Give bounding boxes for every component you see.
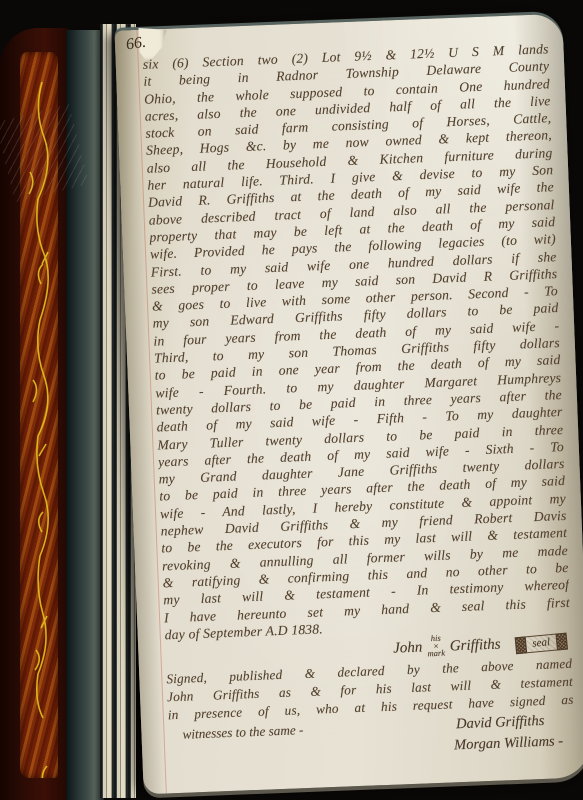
manuscript-page: 66. six (6) Section two (2) Lot 9½ & 12½…	[115, 14, 583, 795]
manuscript-body: six (6) Section two (2) Lot 9½ & 12½ U S…	[142, 40, 575, 766]
signature-first-name: John	[393, 638, 423, 659]
his-mark-mark: mark	[427, 650, 445, 658]
seal-hatch-end-right	[555, 632, 567, 650]
manuscript-lines: six (6) Section two (2) Lot 9½ & 12½ U S…	[142, 40, 570, 643]
signature-last-name: Griffiths	[449, 635, 501, 657]
witness-signature-2: Morgan Williams -	[454, 733, 564, 755]
witness-clause-text: witnesses to the same -	[168, 722, 303, 744]
seal-label: seal	[526, 633, 557, 653]
wax-seal-scroll: seal	[515, 632, 568, 654]
book-photograph: 66. six (6) Section two (2) Lot 9½ & 12½…	[0, 0, 583, 800]
witness-signature-1: David Griffiths	[456, 712, 545, 733]
page-number: 66.	[125, 34, 147, 55]
his-mark-annotation: his × mark	[427, 635, 445, 658]
